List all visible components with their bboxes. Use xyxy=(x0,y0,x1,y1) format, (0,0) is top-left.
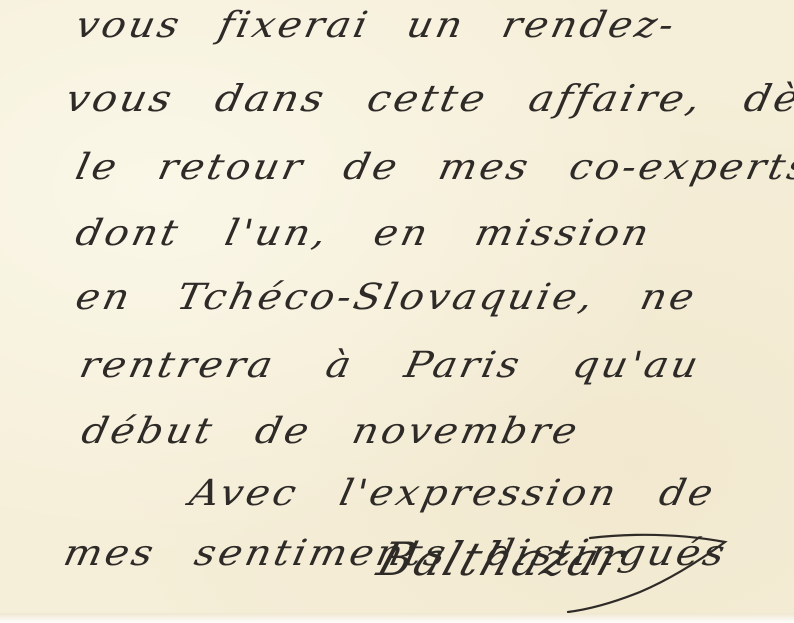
letter-line-4: dont l'un, en mission xyxy=(72,213,655,254)
letter-page: vous fixerai un rendez- vous dans cette … xyxy=(0,0,794,623)
letter-line-7: début de novembre xyxy=(78,411,584,452)
letter-line-1: vous fixerai un rendez- xyxy=(72,5,680,46)
signature-flourish-icon xyxy=(520,520,740,620)
letter-line-3: le retour de mes co-experts, xyxy=(72,147,794,188)
closing-line-1: Avec l'expression de xyxy=(186,473,720,514)
letter-line-5: en Tchéco-Slovaquie, ne xyxy=(72,277,701,318)
letter-line-2: vous dans cette affaire, dès xyxy=(62,77,794,120)
letter-line-6: rentrera à Paris qu'au xyxy=(76,345,705,386)
page-bottom-edge xyxy=(0,613,794,623)
